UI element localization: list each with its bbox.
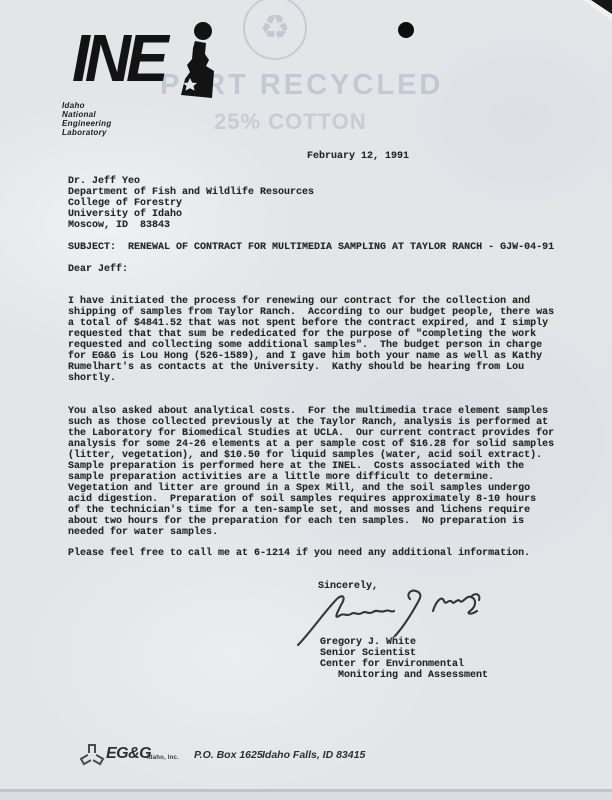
- hole-punch-mark: [398, 22, 414, 38]
- signature-scrawl: [290, 585, 495, 650]
- footer-company-sub: Idaho, Inc.: [147, 755, 179, 761]
- letter-date: February 12, 1991: [307, 151, 409, 162]
- body-paragraph-1: I have initiated the process for renewin…: [68, 296, 554, 384]
- egg-triskelion-icon: [79, 742, 105, 768]
- scanned-letter-page: ♻ PART RECYCLED 25% COTTON INE Idaho Nat…: [0, 0, 612, 800]
- footer-city: Idaho Falls, ID 83415: [262, 749, 365, 761]
- subject-line: SUBJECT: RENEWAL OF CONTRACT FOR MULTIME…: [68, 242, 554, 253]
- inel-tagline: Idaho National Engineering Laboratory: [62, 101, 112, 137]
- body-paragraph-3: Please feel free to call me at 6-1214 if…: [68, 548, 530, 559]
- idaho-silhouette-icon: [175, 20, 225, 104]
- salutation: Dear Jeff:: [68, 264, 128, 275]
- footer-company-name: EG&G: [106, 745, 151, 763]
- recycle-icon: ♻: [260, 11, 290, 45]
- recipient-address: Dr. Jeff Yeo Department of Fish and Wild…: [68, 176, 314, 231]
- watermark-cotton: 25% COTTON: [214, 109, 367, 135]
- scan-bottom-edge: [0, 792, 612, 800]
- body-paragraph-2: You also asked about analytical costs. F…: [68, 406, 554, 538]
- footer-po-box: P.O. Box 1625: [194, 749, 263, 761]
- inel-logo-text: INE: [72, 25, 164, 92]
- recycled-paper-seal: ♻: [243, 0, 307, 60]
- corner-shadow: [591, 0, 612, 14]
